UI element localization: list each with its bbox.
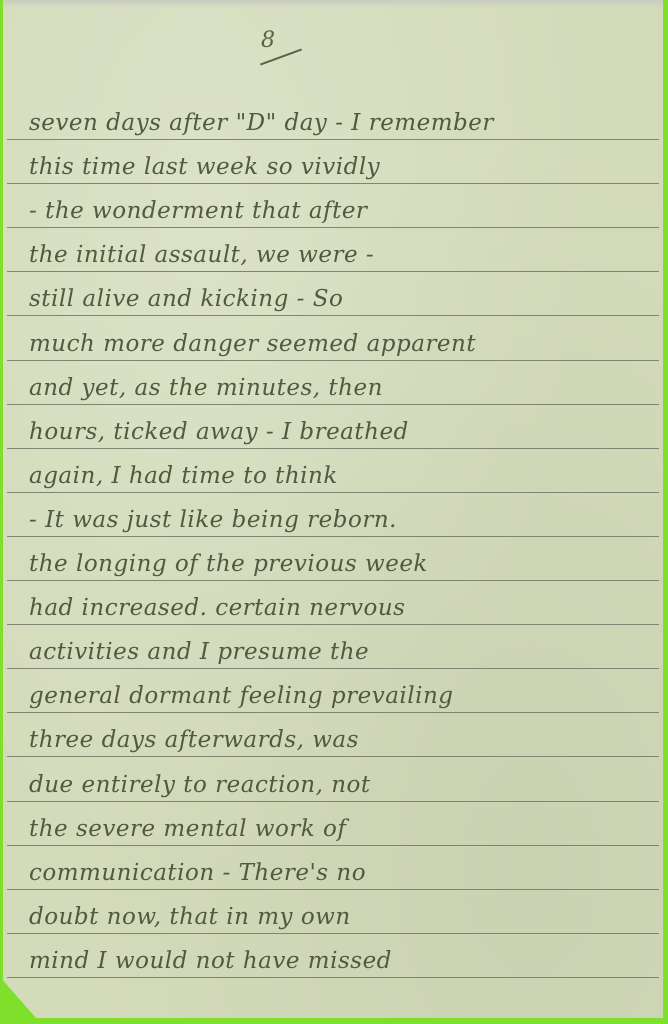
handwritten-line: - the wonderment that after (29, 191, 649, 231)
ruled-line (7, 580, 659, 581)
handwritten-line: the longing of the previous week (29, 544, 649, 584)
handwritten-line: hours, ticked away - I breathed (29, 412, 649, 452)
ruled-line (7, 139, 659, 140)
ruled-line (7, 448, 659, 449)
handwritten-line: - It was just like being reborn. (29, 500, 649, 540)
ruled-line (7, 933, 659, 934)
handwritten-line: the initial assault, we were - (29, 235, 649, 275)
handwritten-line: seven days after "D" day - I remember (29, 103, 649, 143)
ruled-line (7, 889, 659, 890)
ruled-line (7, 360, 659, 361)
ruled-line (7, 271, 659, 272)
handwritten-line: this time last week so vividly (29, 147, 649, 187)
handwritten-line: general dormant feeling prevailing (29, 676, 649, 716)
ruled-line (7, 492, 659, 493)
ruled-line (7, 404, 659, 405)
handwritten-line: much more danger seemed apparent (29, 324, 649, 364)
ruled-line (7, 977, 659, 978)
ruled-line (7, 801, 659, 802)
ruled-line (7, 183, 659, 184)
handwritten-line: mind I would not have missed (29, 941, 649, 981)
handwritten-line: again, I had time to think (29, 456, 649, 496)
handwritten-line: doubt now, that in my own (29, 897, 649, 937)
ruled-line (7, 536, 659, 537)
handwritten-line: and yet, as the minutes, then (29, 368, 649, 408)
handwritten-line: three days afterwards, was (29, 720, 649, 760)
handwritten-line: activities and I presume the (29, 632, 649, 672)
ruled-line (7, 712, 659, 713)
scan-shadow (3, 0, 663, 8)
handwritten-line: still alive and kicking - So (29, 279, 649, 319)
handwritten-line: had increased. certain nervous (29, 588, 649, 628)
letter-page: 8 seven days after "D" day - I remembert… (3, 0, 663, 1018)
page-number: 8 (261, 28, 275, 53)
ruled-line (7, 315, 659, 316)
ruled-line (7, 668, 659, 669)
ruled-line (7, 227, 659, 228)
handwritten-line: due entirely to reaction, not (29, 765, 649, 805)
handwritten-line: the severe mental work of (29, 809, 649, 849)
ruled-line (7, 845, 659, 846)
ruled-line (7, 624, 659, 625)
handwritten-line: communication - There's no (29, 853, 649, 893)
ruled-line (7, 756, 659, 757)
